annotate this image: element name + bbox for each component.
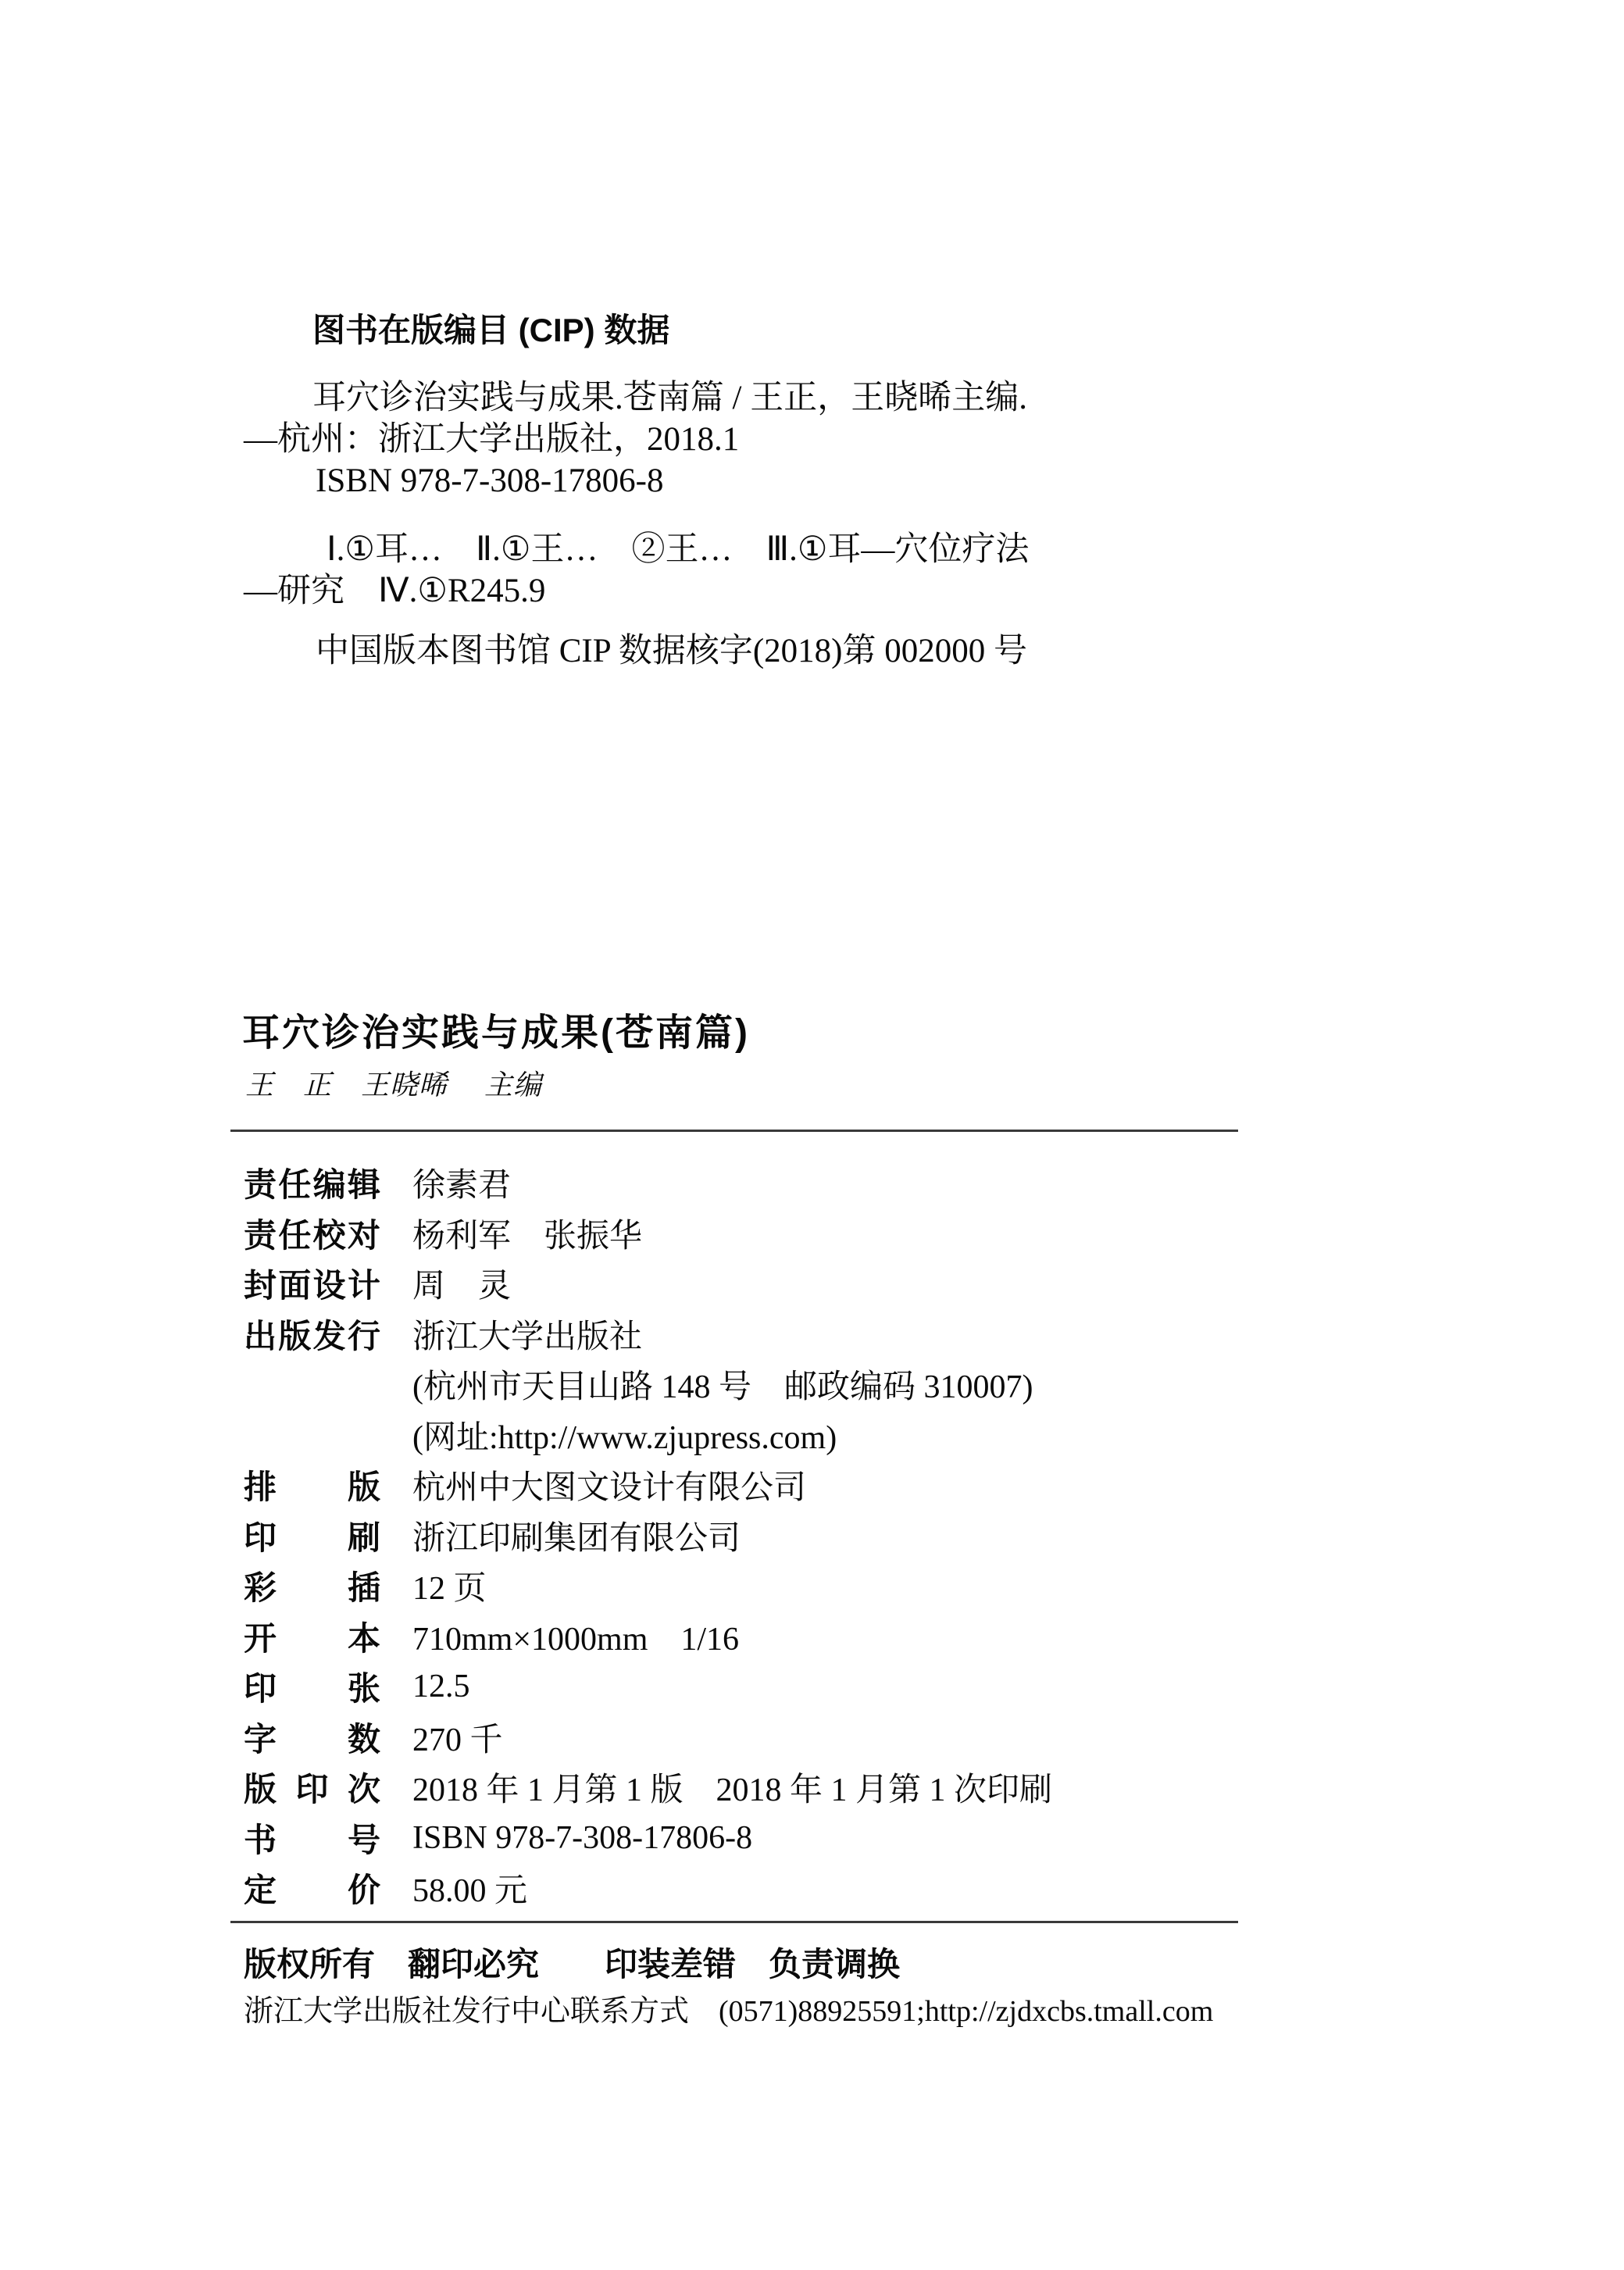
colophon-value: 浙江印刷集团有限公司 xyxy=(412,1512,741,1559)
colophon-row-publisher: 出版发行 浙江大学出版社 xyxy=(244,1309,1337,1360)
book-authors: 王 正 王晓晞 主编 xyxy=(245,1063,542,1103)
colophon-row-edition: 版 印 次 2018 年 1 月第 1 版 2018 年 1 月第 1 次印刷 xyxy=(244,1762,1337,1813)
colophon-value: 58.00 元 xyxy=(412,1865,527,1911)
colophon-value: 浙江大学出版社 xyxy=(412,1311,642,1358)
colophon-label: 字数 xyxy=(244,1714,380,1761)
colophon-label: 印张 xyxy=(244,1663,380,1710)
colophon-list: 责任编辑 徐素君 责任校对 杨利军 张振华 封面设计 周 灵 出版发行 浙江大学… xyxy=(244,1158,1337,1914)
colophon-row-cover-design: 封面设计 周 灵 xyxy=(244,1258,1337,1309)
colophon-value: 270 千 xyxy=(412,1714,503,1761)
colophon-row-printing: 印刷 浙江印刷集团有限公司 xyxy=(244,1511,1337,1562)
colophon-value: (网址:http://www.zjupress.com) xyxy=(412,1412,837,1458)
colophon-value: 710mm×1000mm 1/16 xyxy=(412,1613,739,1660)
colophon-row-editor: 责任编辑 徐素君 xyxy=(244,1158,1337,1208)
colophon-row-format: 开本 710mm×1000mm 1/16 xyxy=(244,1611,1337,1662)
colophon-row-proofreader: 责任校对 杨利军 张振华 xyxy=(244,1208,1337,1259)
colophon-value: 杭州中大图文设计有限公司 xyxy=(412,1462,806,1508)
colophon-row-color-inserts: 彩插 12 页 xyxy=(244,1561,1337,1611)
colophon-row-price: 定价 58.00 元 xyxy=(244,1863,1337,1914)
cip-block: 图书在版编目 (CIP) 数据 耳穴诊治实践与成果.苍南篇 / 王正，王晓晞主编… xyxy=(244,309,1275,672)
colophon-label: 开本 xyxy=(244,1613,380,1660)
colophon-label: 书号 xyxy=(244,1815,380,1861)
colophon-label: 出版发行 xyxy=(244,1311,380,1358)
colophon-value: 周 灵 xyxy=(412,1260,511,1307)
cip-isbn-line: ISBN 978-7-308-17806-8 xyxy=(244,460,1275,501)
title-divider-rule xyxy=(230,1130,1238,1132)
colophon-label: 封面设计 xyxy=(244,1260,380,1307)
colophon-value: (杭州市天目山路 148 号 邮政编码 310007) xyxy=(412,1361,1033,1408)
colophon-row-sheets: 印张 12.5 xyxy=(244,1661,1337,1712)
cip-class-line-2: —研究 Ⅳ.①R245.9 xyxy=(244,570,1275,612)
copyright-notice: 版权所有 翻印必究 印装差错 负责调换 xyxy=(244,1939,900,1986)
footer-divider-rule xyxy=(230,1921,1238,1923)
colophon-label: 版 印 次 xyxy=(244,1764,380,1811)
colophon-value: 徐素君 xyxy=(412,1159,511,1206)
cip-class-line-1: Ⅰ.①耳… Ⅱ.①王… ②王… Ⅲ.①耳—穴位疗法 xyxy=(244,529,1275,570)
cip-heading: 图书在版编目 (CIP) 数据 xyxy=(244,309,1275,351)
colophon-row-address: (杭州市天目山路 148 号 邮政编码 310007) xyxy=(244,1359,1337,1410)
colophon-row-typesetting: 排版 杭州中大图文设计有限公司 xyxy=(244,1460,1337,1511)
colophon-label: 排版 xyxy=(244,1462,380,1508)
copyright-page: 图书在版编目 (CIP) 数据 耳穴诊治实践与成果.苍南篇 / 王正，王晓晞主编… xyxy=(0,0,1624,2270)
colophon-value: ISBN 978-7-308-17806-8 xyxy=(412,1819,752,1857)
colophon-row-website: (网址:http://www.zjupress.com) xyxy=(244,1410,1337,1461)
colophon-label: 印刷 xyxy=(244,1512,380,1559)
colophon-row-isbn: 书号 ISBN 978-7-308-17806-8 xyxy=(244,1813,1337,1864)
colophon-value: 2018 年 1 月第 1 版 2018 年 1 月第 1 次印刷 xyxy=(412,1764,1052,1811)
colophon-value: 杨利军 张振华 xyxy=(412,1210,642,1257)
cip-record-line: 中国版本图书馆 CIP 数据核字(2018)第 002000 号 xyxy=(244,630,1275,672)
distribution-contact: 浙江大学出版社发行中心联系方式 (0571)88925591;http://zj… xyxy=(244,1986,1213,2029)
colophon-label: 彩插 xyxy=(244,1562,380,1609)
cip-title-line-1: 耳穴诊治实践与成果.苍南篇 / 王正，王晓晞主编. xyxy=(244,377,1275,419)
colophon-value: 12.5 xyxy=(412,1668,470,1705)
colophon-value: 12 页 xyxy=(412,1562,487,1609)
colophon-label: 定价 xyxy=(244,1865,380,1911)
colophon-row-word-count: 字数 270 千 xyxy=(244,1712,1337,1763)
cip-title-line-2: —杭州：浙江大学出版社，2018.1 xyxy=(244,419,1275,460)
book-title: 耳穴诊治实践与成果(苍南篇) xyxy=(242,1002,750,1056)
colophon-label: 责任编辑 xyxy=(244,1159,380,1206)
colophon-label: 责任校对 xyxy=(244,1210,380,1257)
